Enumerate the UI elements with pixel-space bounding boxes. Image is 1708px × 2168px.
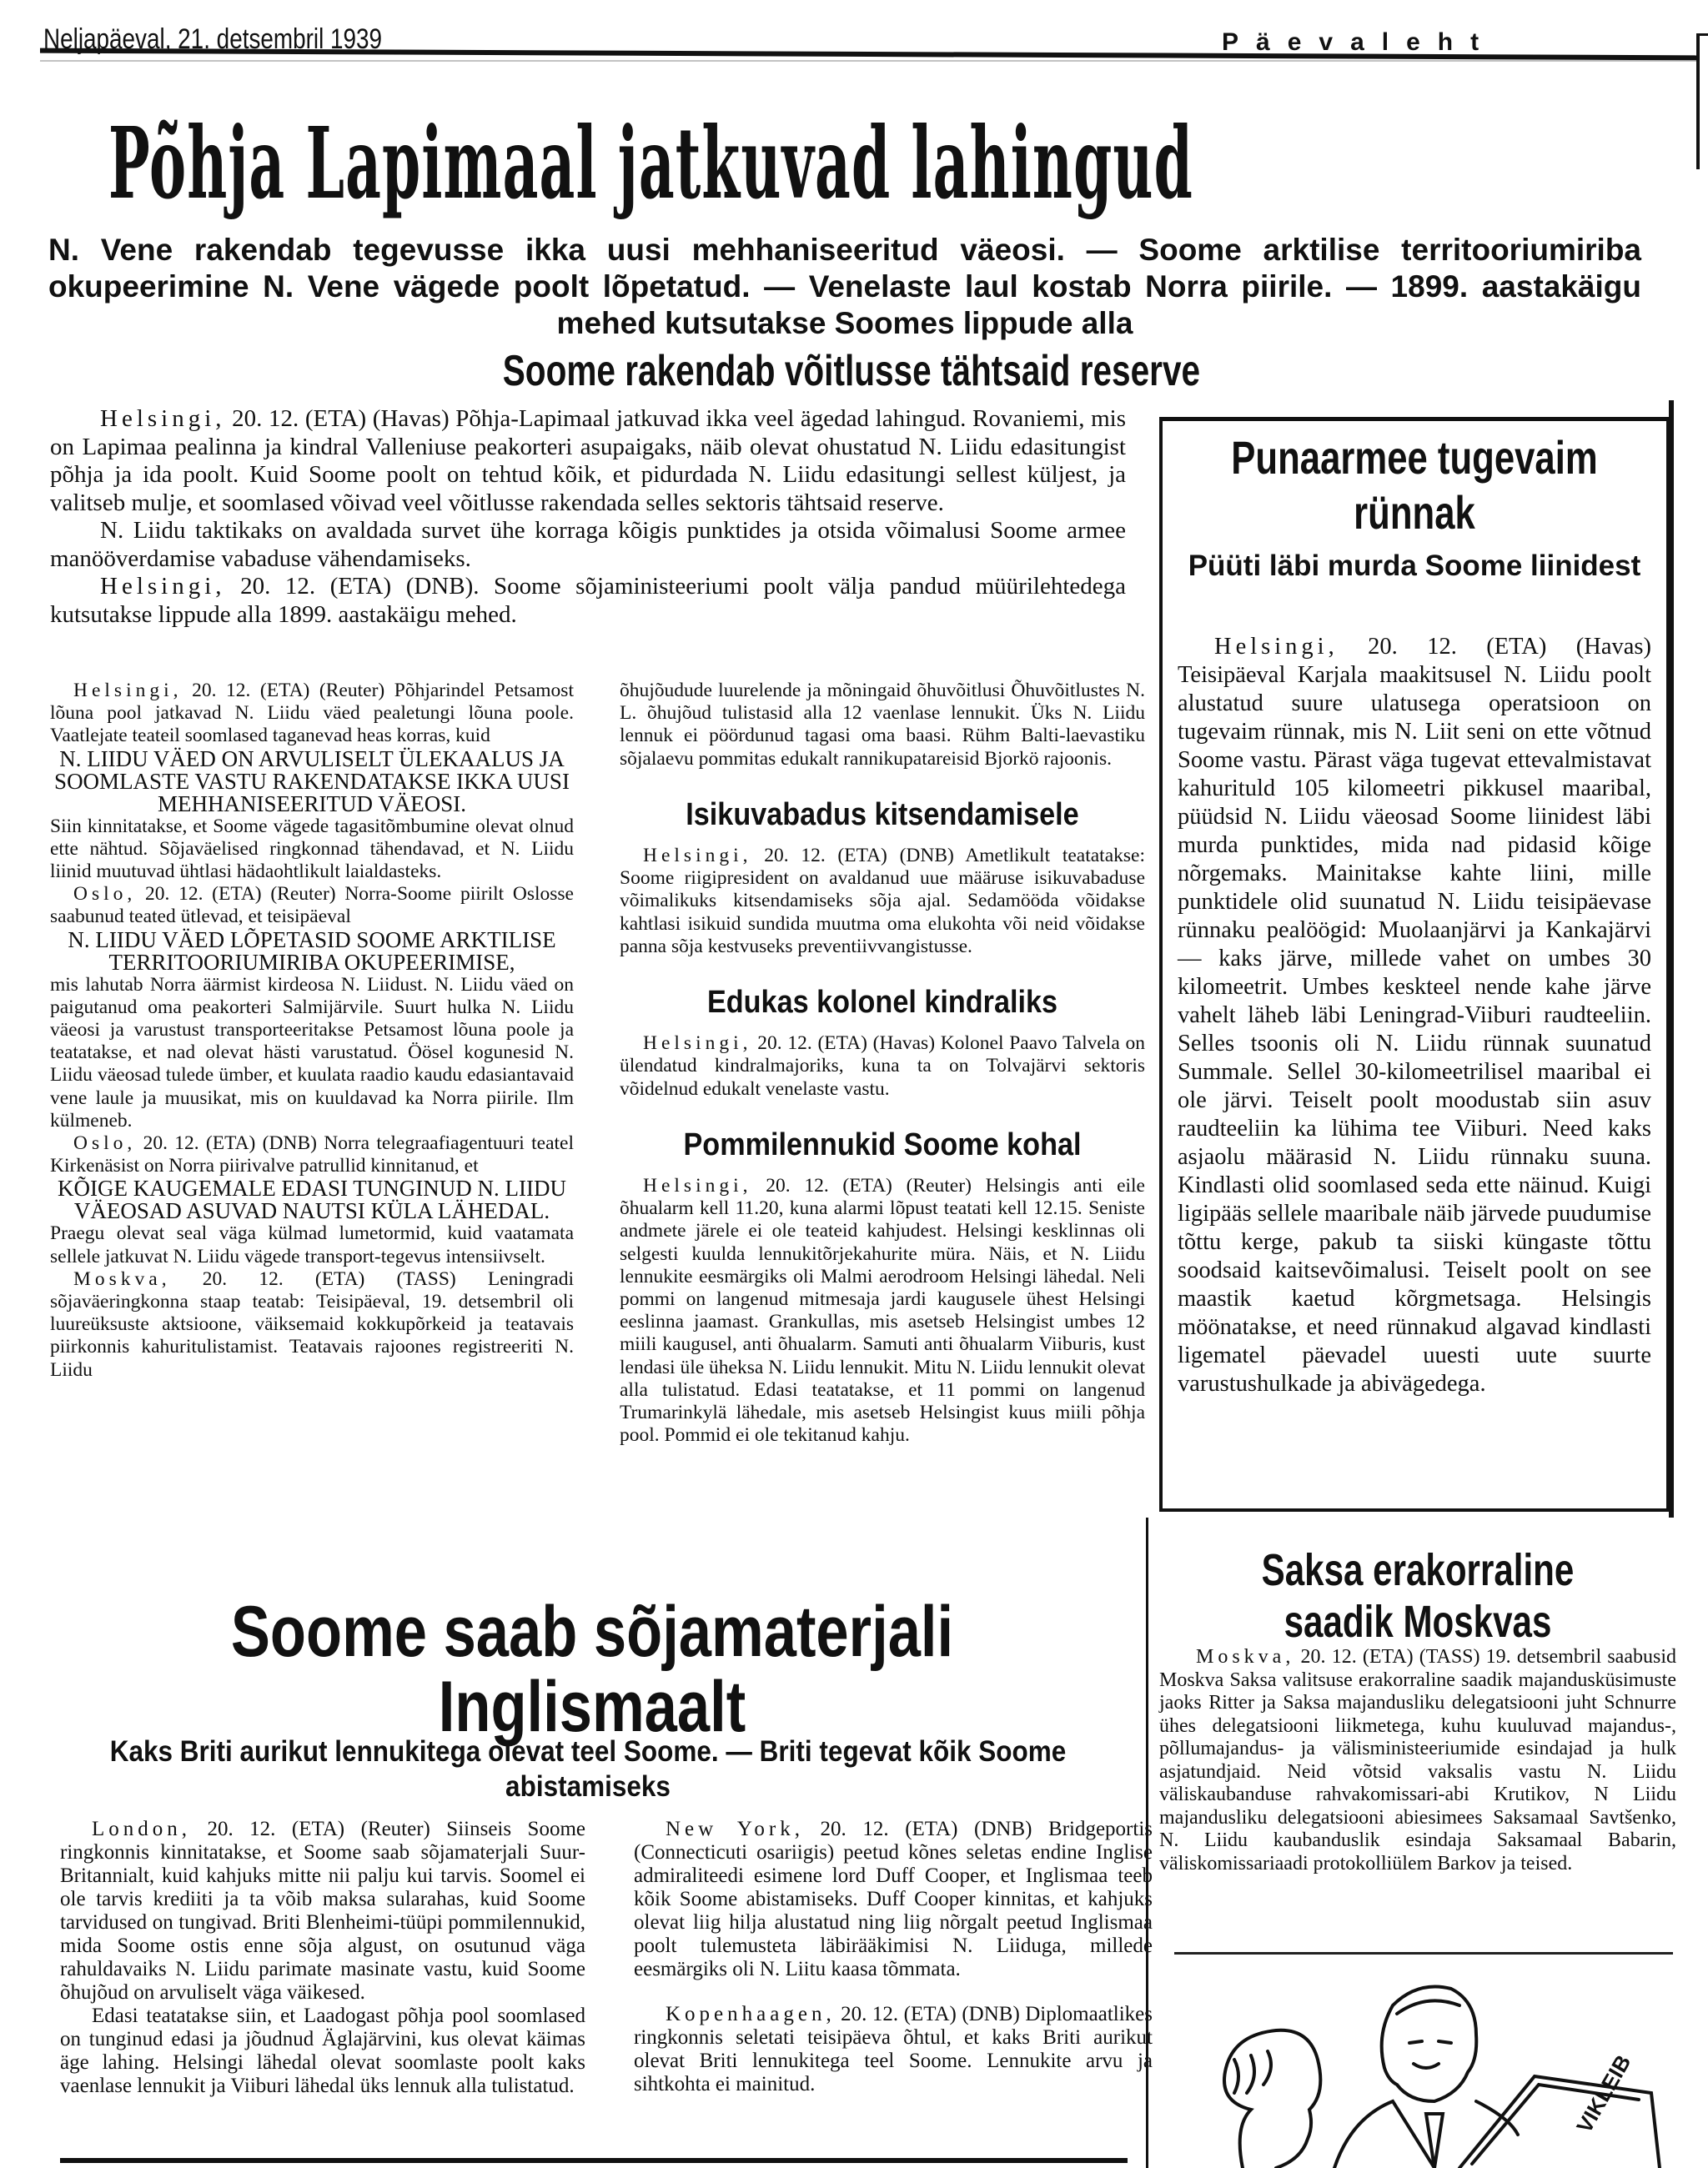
article-column-london: London, 20. 12. (ETA) (Reuter) Siinseis … xyxy=(60,1818,585,2098)
bottom-rule xyxy=(60,2158,1128,2163)
main-headline: Põhja Lapimaal jatkuvad lahingud xyxy=(108,105,958,221)
main-column-a: Helsingi, 20. 12. (ETA) (Reuter) Põhjari… xyxy=(50,680,574,1382)
article-headline-soome-saab: Soome saab sõjamaterjali Inglismaalt xyxy=(134,1594,1051,1744)
paragraph: New York, 20. 12. (ETA) (DNB) Bridgeport… xyxy=(634,1818,1153,1981)
paragraph: Helsingi, 20. 12. (ETA) (Havas) Teisipäe… xyxy=(1178,633,1651,1398)
paragraph: Edasi teatatakse siin, et Laadogast põhj… xyxy=(60,2005,585,2098)
paragraph: Helsingi, 20. 12. (ETA) (DNB) Ametlikult… xyxy=(620,845,1145,958)
advertisement-illustration-icon: VIKLEIB xyxy=(1184,1968,1685,2168)
masthead-rule-shadow xyxy=(40,60,1700,62)
paragraph: Helsingi, 20. 12. (ETA) (Havas) Kolonel … xyxy=(620,1032,1145,1101)
main-lead-text: Helsingi, 20. 12. (ETA) (Havas) Põhja-La… xyxy=(50,405,1126,629)
lead-paragraph: N. Liidu taktikaks on avaldada survet üh… xyxy=(50,517,1126,573)
dateline: Helsingi, xyxy=(100,405,226,432)
article-column-newyork: New York, 20. 12. (ETA) (DNB) Bridgeport… xyxy=(634,1818,1153,2096)
paragraph: London, 20. 12. (ETA) (Reuter) Siinseis … xyxy=(60,1818,585,2005)
paragraph: Helsingi, 20. 12. (ETA) (Reuter) Põhjari… xyxy=(50,680,574,748)
column-divider xyxy=(1146,1518,1148,2168)
boxed-article-subheadline: Püüti läbi murda Soome liinidest xyxy=(1168,547,1661,585)
article-headline-pommilennukid: Pommilennukid Soome kohal xyxy=(646,1134,1119,1157)
paragraph: Moskva, 20. 12. (ETA) (TASS) 19. detsemb… xyxy=(1159,1646,1676,1875)
caps-subhead: N. LIIDU VÄED LÕPETASID SOOME ARKTILISE … xyxy=(50,929,574,974)
paragraph: Siin kinnitatakse, et Soome vägede tagas… xyxy=(50,816,574,884)
main-column-b: õhujõudude luurelende ja mõningaid õhuvõ… xyxy=(620,680,1145,1447)
lead-paragraph: Helsingi, 20. 12. (ETA) (Havas) Põhja-La… xyxy=(50,405,1126,517)
caps-subhead: N. LIIDU VÄED ON ARVULISELT ÜLEKAALUS JA… xyxy=(50,748,574,816)
main-deck: N. Vene rakendab tegevusse ikka uusi meh… xyxy=(48,232,1641,342)
paragraph: Praegu olevat seal väga külmad lumetormi… xyxy=(50,1222,574,1267)
paragraph: Oslo, 20. 12. (ETA) (DNB) Norra telegraa… xyxy=(50,1132,574,1177)
masthead-paper-name: Päevaleht xyxy=(1222,28,1496,57)
paragraph: mis lahutab Norra äärmist kirdeosa N. Li… xyxy=(50,974,574,1132)
article-body-saksa: Moskva, 20. 12. (ETA) (TASS) 19. detsemb… xyxy=(1159,1646,1676,1875)
edge-box-fragment xyxy=(1696,33,1708,169)
caps-subhead: KÕIGE KAUGEMALE EDASI TUNGINUD N. LIIDU … xyxy=(50,1177,574,1222)
svg-text:VIKLEIB: VIKLEIB xyxy=(1571,2050,1635,2137)
column-rule xyxy=(1174,1952,1673,1955)
paragraph: Oslo, 20. 12. (ETA) (Reuter) Norra-Soome… xyxy=(50,883,574,928)
paragraph: Helsingi, 20. 12. (ETA) (Reuter) Helsing… xyxy=(620,1175,1145,1447)
article-headline-saksa: Saksa erakorraline saadik Moskvas xyxy=(1216,1544,1620,1648)
boxed-article-headline: Punaarmee tugevaim rünnak xyxy=(1222,430,1607,540)
paragraph: Moskva, 20. 12. (ETA) (TASS) Leningradi … xyxy=(50,1268,574,1382)
article-headline-kolonel: Edukas kolonel kindraliks xyxy=(646,991,1119,1014)
boxed-article-body: Helsingi, 20. 12. (ETA) (Havas) Teisipäe… xyxy=(1178,633,1651,1398)
main-subhead: Soome rakendab võitlusse tähtsaid reserv… xyxy=(185,346,1517,396)
lead-paragraph: Helsingi, 20. 12. (ETA) (DNB). Soome sõj… xyxy=(50,573,1126,629)
paragraph: õhujõudude luurelende ja mõningaid õhuvõ… xyxy=(620,680,1145,770)
dateline: Helsingi, xyxy=(100,573,226,600)
article-deck-soome-saab: Kaks Briti aurikut lennukitega olevat te… xyxy=(89,1734,1088,1804)
paragraph: Kopenhaagen, 20. 12. (ETA) (DNB) Diploma… xyxy=(634,2003,1153,2096)
edge-column-rule xyxy=(1669,400,1674,1518)
article-headline-isikuvabadus: Isikuvabadus kitsendamisele xyxy=(646,804,1119,826)
